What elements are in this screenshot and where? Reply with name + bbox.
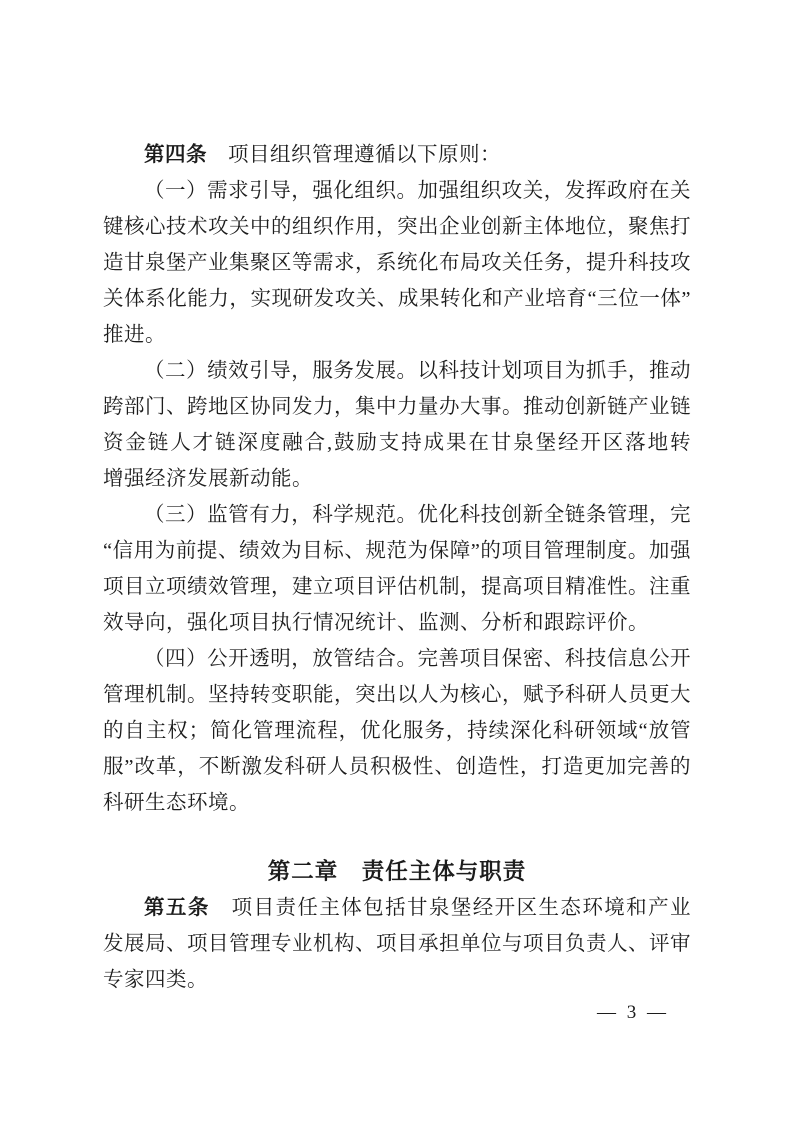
document-line: 的自主权；简化管理流程，优化服务，持续深化科研领域“放管	[103, 713, 691, 749]
document-line: 资金链人才链深度融合,鼓励支持成果在甘泉堡经开区落地转化，	[103, 425, 691, 461]
document-line: 效导向，强化项目执行情况统计、监测、分析和跟踪评价。	[103, 605, 691, 641]
document-line: 增强经济发展新动能。	[103, 461, 691, 497]
document-line: （一）需求引导，强化组织。加强组织攻关，发挥政府在关	[103, 173, 691, 209]
document-line: 关体系化能力，实现研发攻关、成果转化和产业培育“三位一体”	[103, 281, 691, 317]
document-line: （三）监管有力，科学规范。优化科技创新全链条管理，完善	[103, 497, 691, 533]
document-page: 第四条 项目组织管理遵循以下原则：（一）需求引导，强化组织。加强组织攻关，发挥政…	[0, 0, 793, 1122]
document-line: 跨部门、跨地区协同发力，集中力量办大事。推动创新链产业链	[103, 389, 691, 425]
document-line: 第四条 项目组织管理遵循以下原则：	[103, 137, 691, 173]
document-line: （四）公开透明，放管结合。完善项目保密、科技信息公开	[103, 641, 691, 677]
article-number: 第四条	[144, 143, 207, 166]
article-number: 第五条	[144, 896, 210, 919]
document-line: “信用为前提、绩效为目标、规范为保障”的项目管理制度。加强	[103, 533, 691, 569]
document-line: 专家四类。	[103, 962, 691, 998]
document-line: 第五条 项目责任主体包括甘泉堡经开区生态环境和产业	[103, 890, 691, 926]
document-line: （二）绩效引导，服务发展。以科技计划项目为抓手，推动	[103, 353, 691, 389]
page-number: — 3 —	[597, 1002, 669, 1024]
document-line: 服”改革，不断激发科研人员积极性、创造性，打造更加完善的	[103, 749, 691, 785]
document-line: 造甘泉堡产业集聚区等需求，系统化布局攻关任务，提升科技攻	[103, 245, 691, 281]
document-line: 推进。	[103, 317, 691, 353]
document-line: 管理机制。坚持转变职能，突出以人为核心，赋予科研人员更大	[103, 677, 691, 713]
document-line: 项目立项绩效管理，建立项目评估机制，提高项目精准性。注重绩	[103, 569, 691, 605]
document-line: 键核心技术攻关中的组织作用，突出企业创新主体地位，聚焦打	[103, 209, 691, 245]
document-line: 发展局、项目管理专业机构、项目承担单位与项目负责人、评审	[103, 926, 691, 962]
chapter-heading: 第二章 责任主体与职责	[103, 854, 691, 890]
document-line: 科研生态环境。	[103, 785, 691, 821]
document-body: 第四条 项目组织管理遵循以下原则：（一）需求引导，强化组织。加强组织攻关，发挥政…	[103, 137, 691, 998]
